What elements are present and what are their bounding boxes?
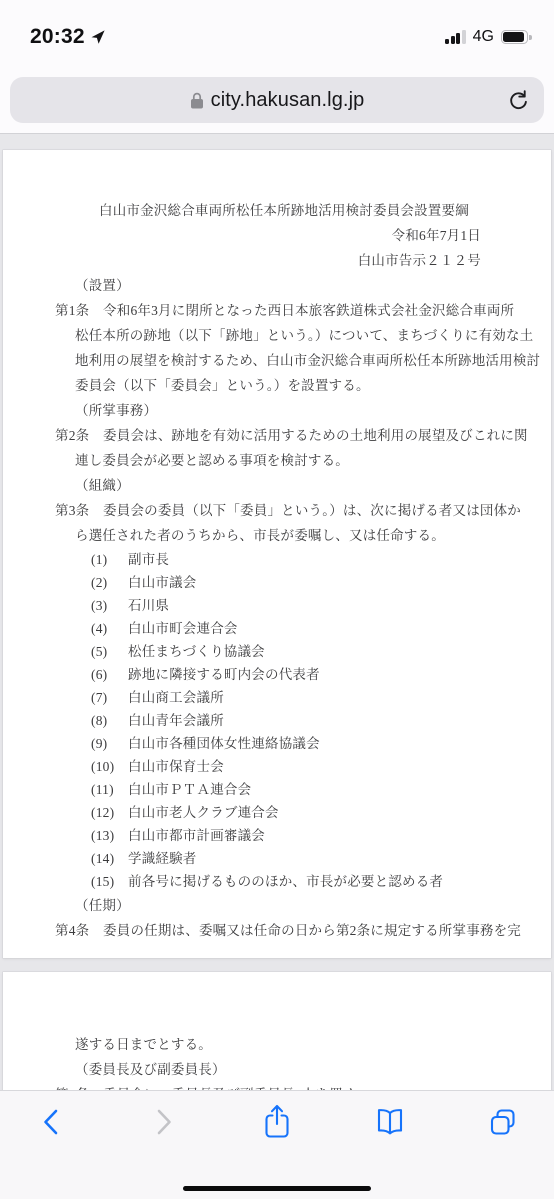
doc-line: (4)白山市町会連合会 [3,617,551,640]
doc-line: 委員会（以下「委員会」という。）を設置する。 [3,373,551,398]
doc-line: 白山市告示２１２号 [3,248,551,273]
doc-line: （任期） [3,893,551,918]
clock: 20:32 [30,25,85,49]
doc-line: (5)松任まちづくり協議会 [3,640,551,663]
doc-line: 松任本所の跡地（以下「跡地」という。）について、まちづくりに有効な土 [3,323,551,348]
location-arrow-icon [90,29,106,45]
address-bar-row: city.hakusan.lg.jp [0,60,554,133]
safari-window: 20:32 4G city.hakusan.lg.jp [0,0,554,1199]
share-icon[interactable] [254,1099,300,1145]
doc-line: 遂する日までとする。 [3,1032,551,1057]
reload-icon[interactable] [505,87,531,113]
doc-line: 第2条 委員会は、跡地を有効に活用するための土地利用の展望及びこれに関 [3,423,551,448]
signal-bars-icon [445,30,466,44]
pdf-page-2: 遂する日までとする。（委員長及び副委員長）第5条 委員会に、委員長及び副委員長1… [3,972,551,1090]
doc-line: (9)白山市各種団体女性連絡協議会 [3,732,551,755]
status-bar: 20:32 4G [0,0,554,60]
doc-line: （所掌事務） [3,398,551,423]
doc-line: 令和6年7月1日 [3,223,551,248]
doc-line: 地利用の展望を検討するため、白山市金沢総合車両所松任本所跡地活用検討 [3,348,551,373]
doc-line: (1)副市長 [3,548,551,571]
forward-chevron-icon[interactable] [141,1099,187,1145]
doc-line: (8)白山青年会議所 [3,709,551,732]
network-type-label: 4G [473,28,494,46]
doc-line: (11)白山市ＰＴＡ連合会 [3,778,551,801]
lock-icon [190,92,204,109]
battery-fill [503,32,524,42]
back-chevron-icon[interactable] [28,1099,74,1145]
doc-line: （設置） [3,273,551,298]
book-icon[interactable] [367,1099,413,1145]
doc-line: 第5条 委員会に、委員長及び副委員長1人を置く。 [3,1082,551,1090]
doc-line: 連し委員会が必要と認める事項を検討する。 [3,448,551,473]
doc-line: 白山市金沢総合車両所松任本所跡地活用検討委員会設置要綱 [3,198,551,223]
doc-line: (14)学識経験者 [3,847,551,870]
address-bar[interactable]: city.hakusan.lg.jp [10,77,544,123]
doc-line: (3)石川県 [3,594,551,617]
battery-icon [501,30,528,44]
doc-line: ら選任された者のうちから、市長が委嘱し、又は任命する。 [3,523,551,548]
home-indicator[interactable] [183,1186,371,1191]
doc-line: 第3条 委員会の委員（以下「委員」という。）は、次に掲げる者又は団体か [3,498,551,523]
doc-line: 第4条 委員の任期は、委嘱又は任命の日から第2条に規定する所掌事務を完 [3,918,551,943]
doc-line: (7)白山商工会議所 [3,686,551,709]
doc-line: (13)白山市都市計画審議会 [3,824,551,847]
web-content-viewport[interactable]: 白山市金沢総合車両所松任本所跡地活用検討委員会設置要綱令和6年7月1日白山市告示… [0,133,554,1090]
doc-line: (2)白山市議会 [3,571,551,594]
browser-toolbar [0,1090,554,1199]
doc-line: 第1条 令和6年3月に閉所となった西日本旅客鉄道株式会社金沢総合車両所 [3,298,551,323]
doc-line: (12)白山市老人クラブ連合会 [3,801,551,824]
doc-line: （委員長及び副委員長） [3,1057,551,1082]
doc-line: （組織） [3,473,551,498]
doc-line: (6)跡地に隣接する町内会の代表者 [3,663,551,686]
pdf-page-1: 白山市金沢総合車両所松任本所跡地活用検討委員会設置要綱令和6年7月1日白山市告示… [3,150,551,958]
tabs-icon[interactable] [480,1099,526,1145]
url-domain: city.hakusan.lg.jp [211,89,365,112]
doc-line: (10)白山市保育士会 [3,755,551,778]
doc-line: (15)前各号に掲げるもののほか、市長が必要と認める者 [3,870,551,893]
